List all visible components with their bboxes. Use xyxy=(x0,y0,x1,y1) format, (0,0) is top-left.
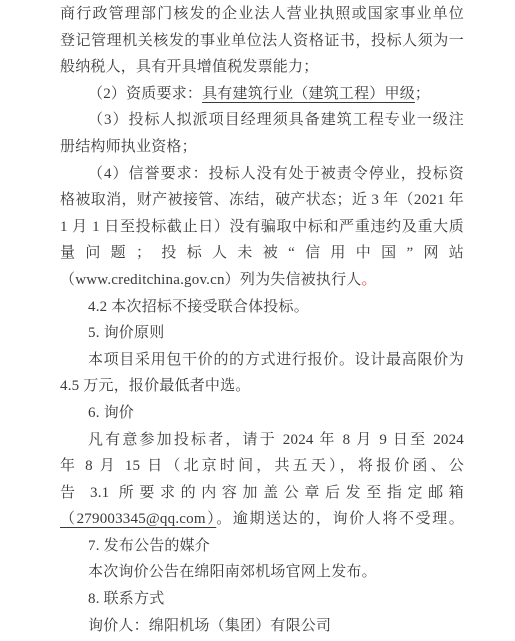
text-line: （3）投标人拟派项目经理须具备建筑工程专业一级注 xyxy=(60,107,464,134)
red-full-stop: 。 xyxy=(362,272,377,288)
text-segment: （4）信誉要求：投标人没有处于被责令停业，投标资 xyxy=(88,166,464,182)
text-segment: 登记管理机关核发的事业单位法人资格证书，投标人须为一 xyxy=(60,33,464,49)
text-segment: （2）资质要求： xyxy=(88,86,202,102)
text-line: 量问题；投标人未被“信用中国”网站 xyxy=(60,240,464,267)
text-line: 1 月 1 日至投标截止日）没有骗取中标和严重违约及重大质 xyxy=(60,214,464,241)
text-line: 本次询价公告在绵阳南郊机场官网上发布。 xyxy=(60,559,464,586)
text-line: 册结构师执业资格； xyxy=(60,134,464,161)
text-line: 8. 联系方式 xyxy=(60,586,464,613)
text-segment: 。逾期送达的，询价人将不受理。 xyxy=(216,511,464,527)
text-segment: 6. 询价 xyxy=(88,405,134,421)
text-line: 告 3.1 所要求的内容加盖公章后发至指定邮箱 xyxy=(60,480,464,507)
text-segment: 告 3.1 所要求的内容加盖公章后发至指定邮箱 xyxy=(60,485,464,501)
text-line: （www.creditchina.gov.cn）列为失信被执行人。 xyxy=(60,267,464,294)
text-segment: 凡有意参加投标者，请于 2024 年 8 月 9 日至 2024 xyxy=(88,432,464,448)
text-segment: 量问题；投标人未被“信用中国”网站 xyxy=(60,245,464,261)
text-line: （279003345@qq.com）。逾期送达的，询价人将不受理。 xyxy=(60,506,464,533)
text-segment: ； xyxy=(415,86,430,102)
text-line: 4.5 万元，报价最低者中选。 xyxy=(60,373,464,400)
text-line: 商行政管理部门核发的企业法人营业执照或国家事业单位 xyxy=(60,1,464,28)
text-segment: 本次询价公告在绵阳南郊机场官网上发布。 xyxy=(88,564,377,580)
text-segment: 8. 联系方式 xyxy=(88,591,164,607)
text-segment: 询价人：绵阳机场（集团）有限公司 xyxy=(88,618,331,634)
text-segment: 4.5 万元，报价最低者中选。 xyxy=(60,378,251,394)
text-segment: 格被取消，财产被接管、冻结，破产状态；近 3 年（2021 年 xyxy=(60,192,464,208)
text-segment: 年 8 月 15 日（北京时间，共五天），将报价函、公 xyxy=(60,458,464,474)
text-segment: 商行政管理部门核发的企业法人营业执照或国家事业单位 xyxy=(60,6,464,22)
document-page: 商行政管理部门核发的企业法人营业执照或国家事业单位登记管理机关核发的事业单位法人… xyxy=(60,1,464,639)
text-line: 询价人：绵阳机场（集团）有限公司 xyxy=(60,613,464,640)
underlined-text: 具有建筑行业（建筑工程）甲级 xyxy=(202,86,415,102)
email-address: （279003345@qq.com） xyxy=(60,511,216,527)
text-line: 7. 发布公告的媒介 xyxy=(60,533,464,560)
text-segment: 4.2 本次招标不接受联合体投标。 xyxy=(88,299,309,315)
text-segment: 5. 询价原则 xyxy=(88,325,164,341)
text-line: 5. 询价原则 xyxy=(60,320,464,347)
text-line: 般纳税人，具有开具增值税发票能力； xyxy=(60,54,464,81)
text-segment: 册结构师执业资格； xyxy=(60,139,197,155)
text-segment: （www.creditchina.gov.cn）列为失信被执行人 xyxy=(60,272,362,288)
text-line: 4.2 本次招标不接受联合体投标。 xyxy=(60,294,464,321)
text-segment: （3）投标人拟派项目经理须具备建筑工程专业一级注 xyxy=(88,112,464,128)
text-segment: 1 月 1 日至投标截止日）没有骗取中标和严重违约及重大质 xyxy=(60,219,464,235)
text-line: 本项目采用包干价的的方式进行报价。设计最高限价为 xyxy=(60,347,464,374)
text-line: 年 8 月 15 日（北京时间，共五天），将报价函、公 xyxy=(60,453,464,480)
text-segment: 本项目采用包干价的的方式进行报价。设计最高限价为 xyxy=(88,352,464,368)
text-segment: 般纳税人，具有开具增值税发票能力； xyxy=(60,59,318,75)
text-line: （4）信誉要求：投标人没有处于被责令停业，投标资 xyxy=(60,161,464,188)
text-line: 6. 询价 xyxy=(60,400,464,427)
text-segment: 7. 发布公告的媒介 xyxy=(88,538,210,554)
text-line: 登记管理机关核发的事业单位法人资格证书，投标人须为一 xyxy=(60,28,464,55)
text-line: 凡有意参加投标者，请于 2024 年 8 月 9 日至 2024 xyxy=(60,427,464,454)
text-line: 格被取消，财产被接管、冻结，破产状态；近 3 年（2021 年 xyxy=(60,187,464,214)
text-line: （2）资质要求：具有建筑行业（建筑工程）甲级； xyxy=(60,81,464,108)
